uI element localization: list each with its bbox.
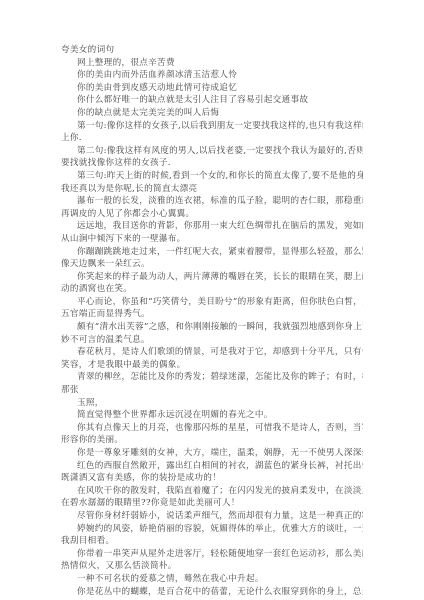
text-line: 第一句:像你这样的女孩子,以后我到朋友一定要找我这样的,也只有我这样的才能配的 — [61, 120, 363, 133]
text-line: 颇有“清水出芙蓉”之感，和你刚刚接触的一瞬间，我就强烈地感到你身上散发出一种 — [61, 321, 363, 334]
text-line: 春花秋月，是诗人们歌颂的情景，可是我对于它，却感到十分平凡，只有你嫣着梨涡的 — [61, 346, 363, 359]
text-line: 既潇洒又富有美感，你的装扮是成功的！ — [61, 472, 363, 485]
text-line: 红色的西服自然敞开，露出红白相间的衬衣，湖蓝色的紧身长裤，衬托出修长的腿， — [61, 460, 363, 473]
text-line: 你是花丛中的蝴蝶，是百合花中的蓓蕾，无论什么衣服穿到你的身上，总是那么端庄， — [61, 586, 363, 599]
text-line: 你什么都好唯一的缺点就是太引人注目了容易引起交通事故 — [61, 94, 363, 107]
text-line: 要找就找像你这样的女孩子. — [61, 157, 363, 170]
text-line: 你蹦蹦跳跳地走过来，一件红呢大衣，紧束着腰带，显得那么轻盈，那么矫健，简直就 — [61, 246, 363, 259]
text-line: 你的缺点就是太完美完美的叫人后悔 — [61, 107, 363, 120]
text-line: 在碧水潺潺的眼睛里??你竟是如此美丽可人！ — [61, 497, 363, 510]
text-line: 平心而论，你虽和“巧笑倩兮，美目盼兮”的形象有距离，但你肤色白皙，身材苗条， — [61, 296, 363, 309]
document-title: 夸美女的词句 — [61, 44, 363, 57]
text-line: 从山涧中倾泻下来的一壁瀑布。 — [61, 233, 363, 246]
text-line: 你的美由骨到皮感天动地此情可待成追忆 — [61, 82, 363, 95]
text-line: 上你. — [61, 132, 363, 145]
text-line: 你是一尊象牙雕刻的女神，大方，端庄，温柔，娴静，无一不使男人深深崇拜。 枯 — [61, 447, 363, 460]
text-line: 笑容，才是我眼中最美的偶象。 — [61, 359, 363, 372]
text-line: 你带着一串笑声从屋外走进客厅，轻松随便地穿一套红色运动衫，那么美丽多姿，那么 — [61, 548, 363, 561]
text-line: 远远地，我目送你的背影，你那用一束大红色绸带扎在脑后的黑发，宛如幽静的月夜里 — [61, 220, 363, 233]
text-line: 玉照， — [61, 397, 363, 410]
text-line: 你笑起来的样子最为动人，两片薄薄的嘴唇在笑，长长的眼睛在笑，腮上两个陷得很深 — [61, 271, 363, 284]
document-page: 夸美女的词句 网上整理的，很点辛苦费你的美由内而外活血养颜冰清玉洁惹人怜你的美由… — [61, 44, 363, 598]
text-line: 简直觉得整个世界都永远沉浸在明媚的春光之中。 — [61, 409, 363, 422]
document-body: 网上整理的，很点辛苦费你的美由内而外活血养颜冰清玉洁惹人怜你的美由骨到皮感天动地… — [61, 57, 363, 599]
text-line: 瀑布一般的长发，淡雅的连衣裙，标准的瓜子脸，聪明的杏仁眼，那稳重端庄的气质， — [61, 195, 363, 208]
text-line: 青翠的柳丝，怎能比及你的秀发；碧绿迷濛，怎能比及你的眸子；有时，我凝视床头你 — [61, 371, 363, 384]
text-line: 再调皮的人见了你都会小心翼翼。 — [61, 208, 363, 221]
text-line: 尽管你身材纤弱娇小，说话柔声细气，然而却很有力量，这是一种真正的精神美！ 你娉 — [61, 510, 363, 523]
text-line: 第三句:昨天上街的时候,看到一个女的,和你长的简直太像了,要不是他的身高矮了点, — [61, 170, 363, 183]
text-line: 动的酒窝也在笑。 — [61, 283, 363, 296]
text-line: 你的美由内而外活血养颜冰清玉洁惹人怜 — [61, 69, 363, 82]
text-line: 热情似火，又那么恬淡简朴。 — [61, 560, 363, 573]
text-line: 那张 — [61, 384, 363, 397]
text-line: 婷婉约的风姿，娇艳俏丽的容貌，妩媚得体的举止，优雅大方的谈吐，一开始就令 — [61, 523, 363, 536]
text-line: 妙不可言的温柔气息。 — [61, 334, 363, 347]
text-line: 五官端正而显得秀气。 — [61, 308, 363, 321]
text-line: 网上整理的，很点辛苦费 — [61, 57, 363, 70]
text-line: 在风吹干你的散发时，我陷直着魔了；在闪闪发光的披肩柔发中，在淡淡入鬓的蛾眉间， — [61, 485, 363, 498]
text-line: 形容你的美丽。 — [61, 434, 363, 447]
text-line: 一种不可名状的爱慕之情，蓦然在我心中升起。 — [61, 573, 363, 586]
text-line: 像天边飘来一朵红云。 — [61, 258, 363, 271]
text-line: 我刮目相看。 — [61, 535, 363, 548]
text-line: 你其有点像天上的月亮，也像那闪烁的星星，可惜我不是诗人，否则，当写一万首诗来 — [61, 422, 363, 435]
text-line: 我还真以为是你呢,长的简直太漂亮 — [61, 183, 363, 196]
text-line: 第二句:像我这样有风度的男人,以后找老婆,一定要找个我认为最好的,否则这辈子不娶… — [61, 145, 363, 158]
